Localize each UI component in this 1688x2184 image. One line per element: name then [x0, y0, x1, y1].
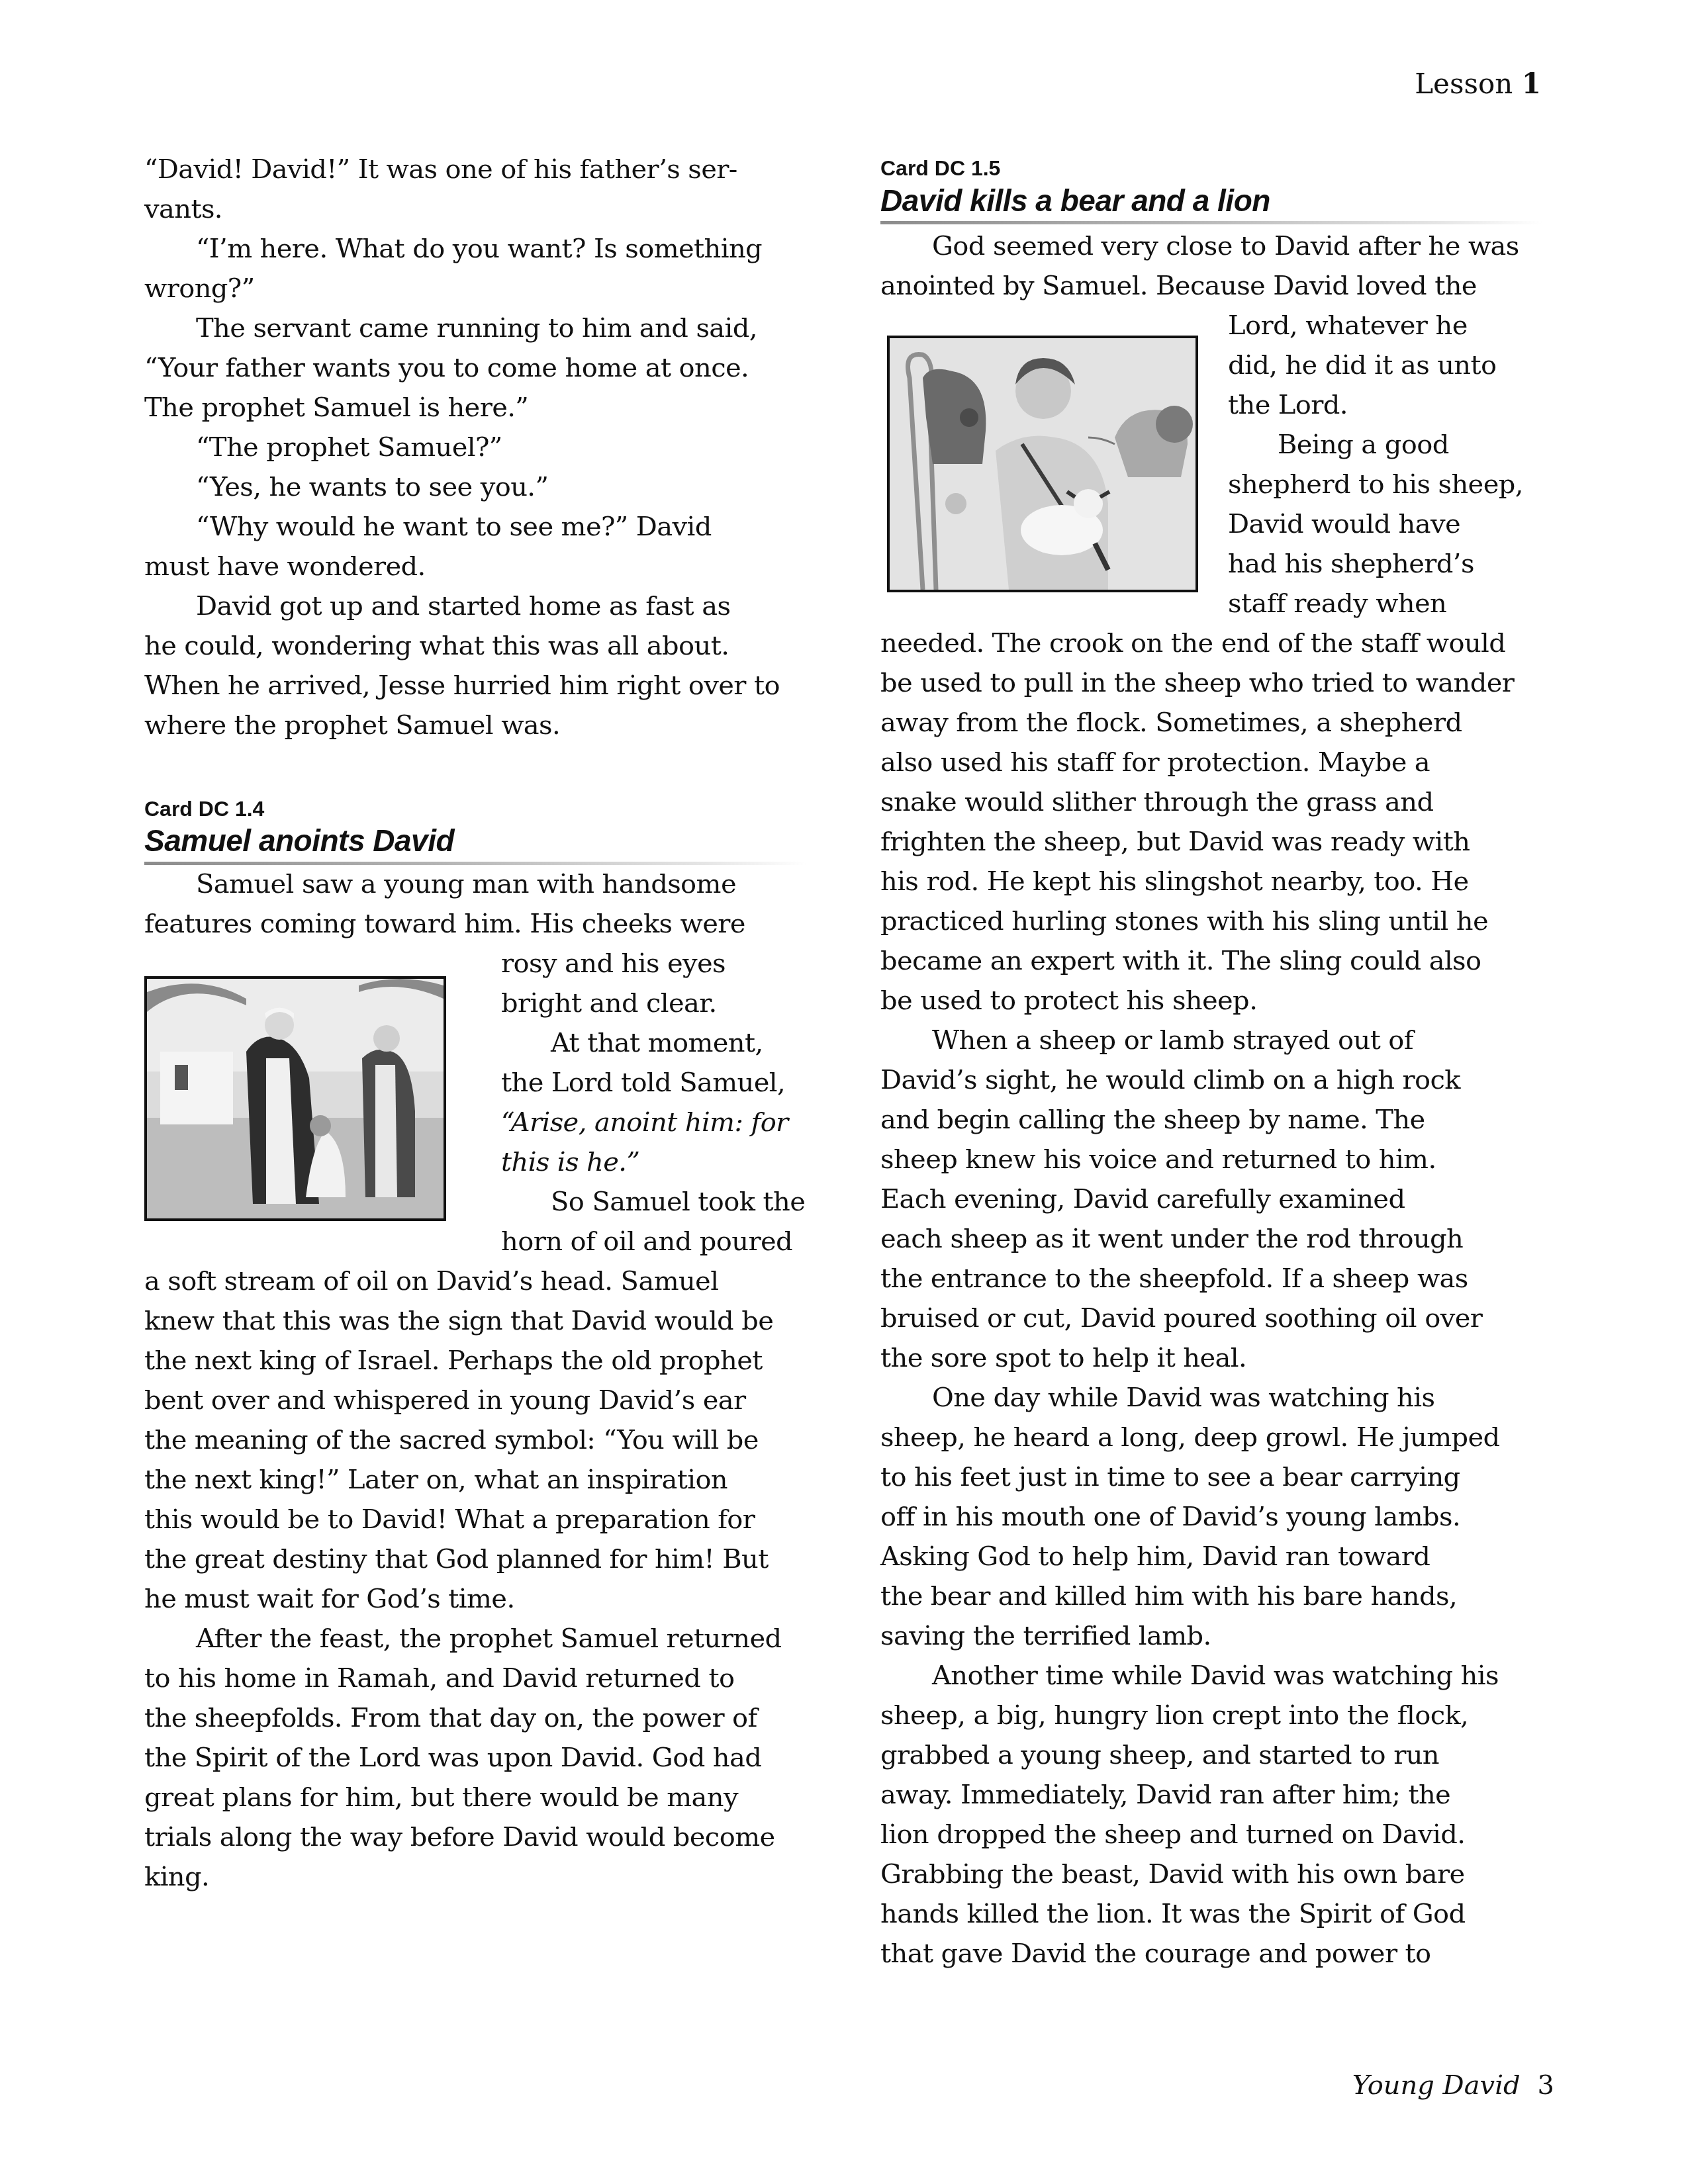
paragraph-line: the great destiny that God planned for h…	[144, 1539, 769, 1579]
paragraph-line: David got up and started home as fast as	[196, 586, 730, 626]
card-label: Card DC 1.5	[880, 156, 1000, 181]
paragraph-line: to his home in Ramah, and David returned…	[144, 1659, 734, 1698]
scripture-quote-line: “Arise, anoint him: for	[501, 1103, 788, 1142]
paragraph-line: Each evening, David carefully examined	[880, 1179, 1405, 1219]
paragraph-line: practiced hurling stones with his sling …	[880, 901, 1488, 941]
paragraph-line: snake would slither through the grass an…	[880, 782, 1433, 822]
paragraph-line: trials along the way before David would …	[144, 1817, 775, 1857]
page-footer: Young David3	[1352, 2070, 1554, 2101]
paragraph-line: be used to pull in the sheep who tried t…	[880, 663, 1514, 703]
paragraph-line: the next king!” Later on, what an inspir…	[144, 1460, 727, 1500]
paragraph-line: the meaning of the sacred symbol: “You w…	[144, 1420, 759, 1460]
paragraph-line: bruised or cut, David poured soothing oi…	[880, 1298, 1482, 1338]
paragraph-line: “Yes, he wants to see you.”	[196, 467, 548, 507]
paragraph-line: lion dropped the sheep and turned on Dav…	[880, 1815, 1465, 1854]
paragraph-line: became an expert with it. The sling coul…	[880, 941, 1481, 981]
section-title: Samuel anoints David	[144, 823, 454, 858]
paragraph-line: “David! David!” It was one of his father…	[144, 150, 737, 189]
paragraph-line: After the feast, the prophet Samuel retu…	[196, 1619, 782, 1659]
paragraph-line: also used his staff for protection. Mayb…	[880, 743, 1430, 782]
paragraph-line: sheep, he heard a long, deep growl. He j…	[880, 1418, 1500, 1457]
scripture-quote-line: this is he.”	[501, 1142, 639, 1182]
paragraph-line: sheep, a big, hungry lion crept into the…	[880, 1696, 1468, 1735]
paragraph-line: Lord, whatever he	[1228, 306, 1468, 345]
running-header: Lesson 1	[1415, 68, 1541, 100]
lesson-number: 1	[1522, 68, 1541, 100]
paragraph-line: and begin calling the sheep by name. The	[880, 1100, 1425, 1140]
paragraph-line: to his feet just in time to see a bear c…	[880, 1457, 1460, 1497]
paragraph-line: off in his mouth one of David’s young la…	[880, 1497, 1460, 1537]
illustration-david-bear-lion	[887, 336, 1198, 592]
paragraph-line: At that moment,	[551, 1023, 763, 1063]
paragraph-line: the Lord told Samuel,	[501, 1063, 785, 1103]
paragraph-line: anointed by Samuel. Because David loved …	[880, 266, 1477, 306]
paragraph-line: he must wait for God’s time.	[144, 1579, 515, 1619]
paragraph-line: God seemed very close to David after he …	[932, 226, 1519, 266]
paragraph-line: “Why would he want to see me?” David	[196, 507, 712, 547]
paragraph-line: be used to protect his sheep.	[880, 981, 1257, 1021]
illustration-samuel-anoints-david	[144, 976, 446, 1221]
paragraph-line: bright and clear.	[501, 983, 717, 1023]
paragraph-line: frighten the sheep, but David was ready …	[880, 822, 1470, 862]
paragraph-line: king.	[144, 1857, 209, 1897]
paragraph-line: great plans for him, but there would be …	[144, 1778, 738, 1817]
paragraph-line: vants.	[144, 189, 222, 229]
paragraph-line: rosy and his eyes	[501, 944, 726, 983]
paragraph-line: did, he did it as unto	[1228, 345, 1496, 385]
shepherd-david-image	[890, 338, 1196, 590]
paragraph-line: features coming toward him. His cheeks w…	[144, 904, 745, 944]
paragraph-line: “The prophet Samuel?”	[196, 428, 502, 467]
paragraph-line: needed. The crook on the end of the staf…	[880, 623, 1505, 663]
paragraph-line: the Spirit of the Lord was upon David. G…	[144, 1738, 761, 1778]
paragraph-line: David’s sight, he would climb on a high …	[880, 1060, 1460, 1100]
paragraph-line: the Lord.	[1228, 385, 1348, 425]
paragraph-line: the entrance to the sheepfold. If a shee…	[880, 1259, 1468, 1298]
paragraph-line: Being a good	[1278, 425, 1449, 465]
paragraph-line: When he arrived, Jesse hurried him right…	[144, 666, 780, 705]
paragraph-line: Another time while David was watching hi…	[932, 1656, 1499, 1696]
paragraph-line: horn of oil and poured	[501, 1222, 792, 1261]
paragraph-line: “Your father wants you to come home at o…	[144, 348, 749, 388]
paragraph-line: Asking God to help him, David ran toward	[880, 1537, 1430, 1576]
paragraph-line: his rod. He kept his slingshot nearby, t…	[880, 862, 1469, 901]
paragraph-line: he could, wondering what this was all ab…	[144, 626, 729, 666]
paragraph-line: a soft stream of oil on David’s head. Sa…	[144, 1261, 718, 1301]
paragraph-line: wrong?”	[144, 269, 255, 308]
paragraph-line: One day while David was watching his	[932, 1378, 1434, 1418]
paragraph-line: Grabbing the beast, David with his own b…	[880, 1854, 1465, 1894]
paragraph-line: away from the flock. Sometimes, a shephe…	[880, 703, 1462, 743]
anointing-scene-image	[147, 979, 444, 1218]
paragraph-line: the bear and killed him with his bare ha…	[880, 1576, 1457, 1616]
paragraph-line: David would have	[1228, 504, 1460, 544]
lesson-label: Lesson	[1415, 68, 1513, 100]
paragraph-line: bent over and whispered in young David’s…	[144, 1381, 746, 1420]
paragraph-line: The prophet Samuel is here.”	[144, 388, 528, 428]
paragraph-line: The servant came running to him and said…	[196, 308, 757, 348]
paragraph-line: where the prophet Samuel was.	[144, 705, 560, 745]
paragraph-line: staff ready when	[1228, 584, 1446, 623]
paragraph-line: had his shepherd’s	[1228, 544, 1474, 584]
book-title: Young David	[1352, 2070, 1521, 2101]
paragraph-line: Samuel saw a young man with handsome	[196, 864, 736, 904]
paragraph-line: knew that this was the sign that David w…	[144, 1301, 773, 1341]
paragraph-line: the next king of Israel. Perhaps the old…	[144, 1341, 763, 1381]
paragraph-line: grabbed a young sheep, and started to ru…	[880, 1735, 1439, 1775]
card-label: Card DC 1.4	[144, 797, 264, 821]
paragraph-line: the sore spot to help it heal.	[880, 1338, 1246, 1378]
paragraph-line: “I’m here. What do you want? Is somethin…	[196, 229, 762, 269]
title-underline-rule	[880, 221, 1542, 224]
paragraph-line: saving the terrified lamb.	[880, 1616, 1211, 1656]
paragraph-line: the sheepfolds. From that day on, the po…	[144, 1698, 757, 1738]
paragraph-line: away. Immediately, David ran after him; …	[880, 1775, 1450, 1815]
page-number: 3	[1538, 2070, 1554, 2101]
paragraph-line: must have wondered.	[144, 547, 426, 586]
paragraph-line: shepherd to his sheep,	[1228, 465, 1523, 504]
paragraph-line: So Samuel took the	[551, 1182, 805, 1222]
paragraph-line: each sheep as it went under the rod thro…	[880, 1219, 1463, 1259]
section-title: David kills a bear and a lion	[880, 183, 1270, 218]
paragraph-line: sheep knew his voice and returned to him…	[880, 1140, 1436, 1179]
paragraph-line: hands killed the lion. It was the Spirit…	[880, 1894, 1466, 1934]
paragraph-line: this would be to David! What a preparati…	[144, 1500, 755, 1539]
paragraph-line: that gave David the courage and power to	[880, 1934, 1431, 1974]
paragraph-line: When a sheep or lamb strayed out of	[932, 1021, 1413, 1060]
document-page: Lesson 1 “David! David!” It was one of h…	[0, 0, 1688, 2184]
